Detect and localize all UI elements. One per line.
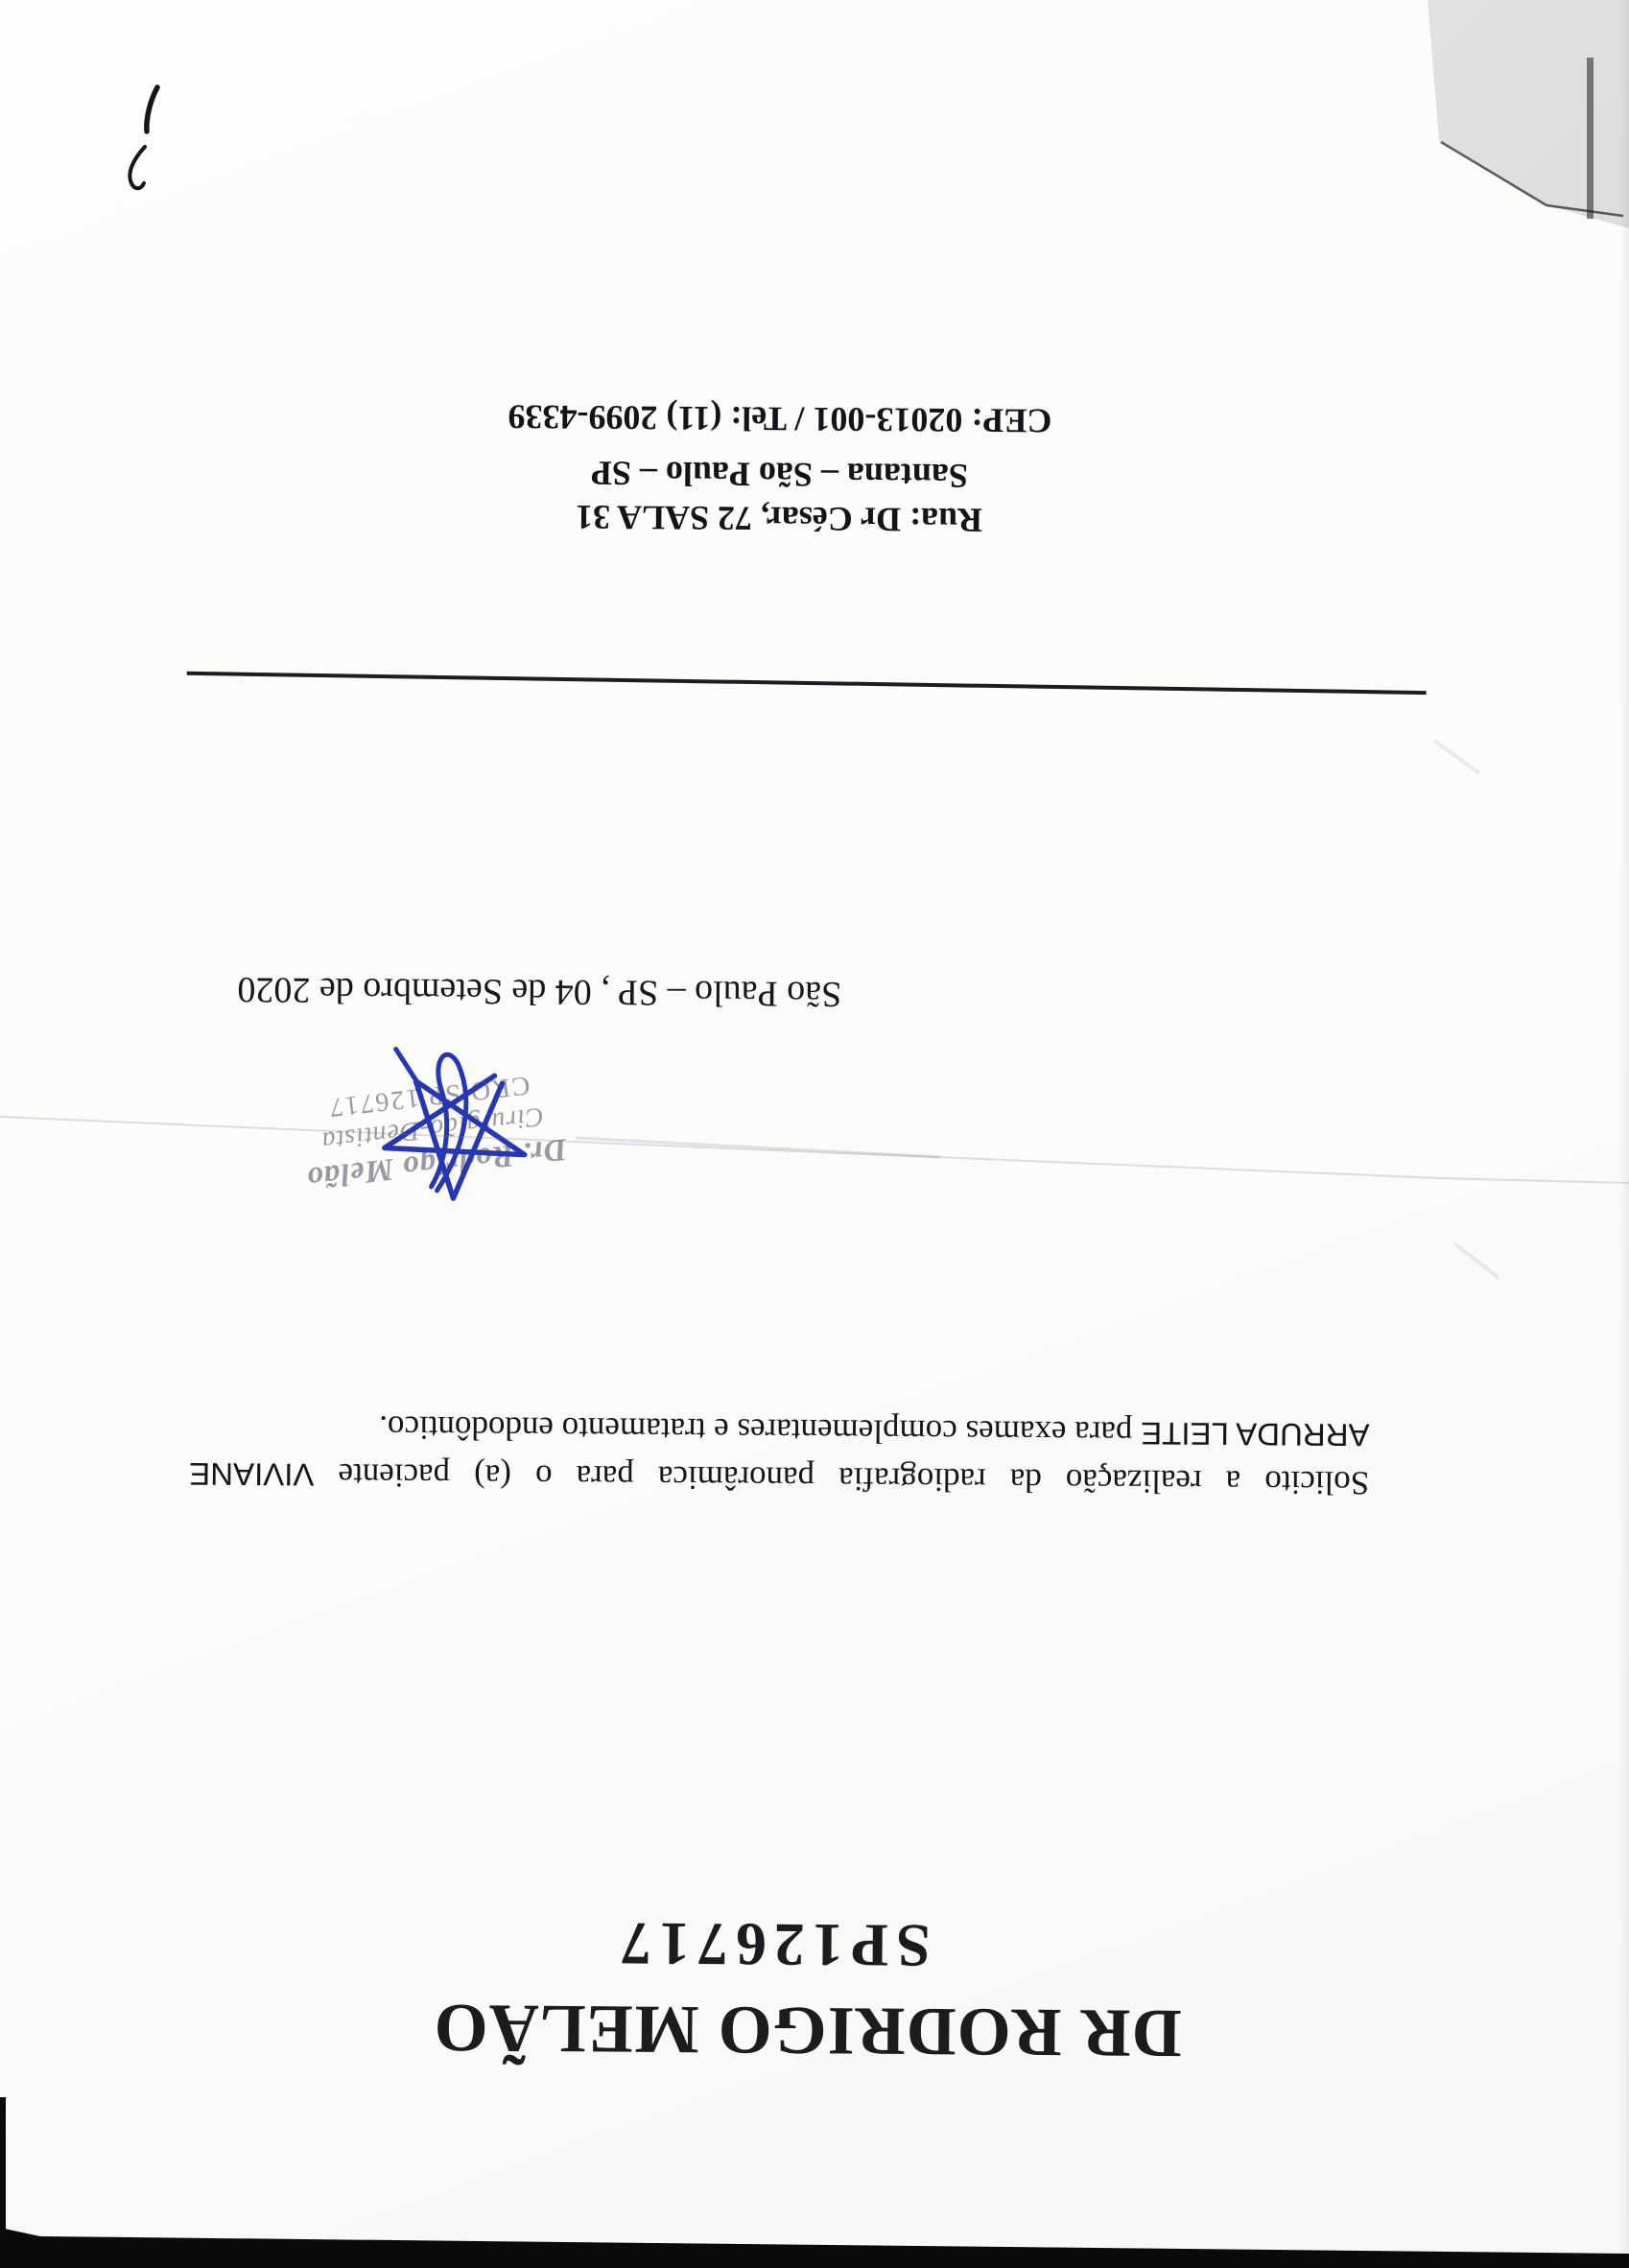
letter-content-rotated: DR RODRIGO MELÃO SP126717 Solicito a rea… bbox=[0, 0, 1629, 2268]
footer-divider bbox=[187, 672, 1427, 695]
request-paragraph-line-2: ARRUDA LEITE para exames complementares … bbox=[189, 1402, 1369, 1459]
date-line: São Paulo – SP , 04 de Setembro de 2020 bbox=[237, 968, 841, 1015]
scanned-page: DR RODRIGO MELÃO SP126717 Solicito a rea… bbox=[0, 0, 1629, 2268]
doctor-name-heading: DR RODRIGO MELÃO bbox=[0, 1984, 1622, 2076]
registration-number: SP126717 bbox=[0, 1902, 1587, 1986]
patient-name-part: VIVIANE bbox=[189, 1456, 315, 1493]
request-paragraph-line-1: Solicito a realização da radiografia pan… bbox=[189, 1450, 1369, 1507]
patient-name-part: ARRUDA LEITE bbox=[1141, 1416, 1370, 1453]
address-cep-phone: CEP: 02013-001 / Tel: (11) 2099-4339 bbox=[0, 390, 1594, 447]
scanner-background-left bbox=[0, 2097, 6, 2268]
request-text-part: para exames complementares e tratamento … bbox=[379, 1408, 1133, 1452]
signature-scribble-icon bbox=[362, 1037, 531, 1206]
footer-address: Rua: Dr César, 72 SALA 31 Santana – São … bbox=[0, 390, 1594, 547]
request-text-part: Solicito a realização da radiografia pan… bbox=[338, 1456, 1369, 1501]
